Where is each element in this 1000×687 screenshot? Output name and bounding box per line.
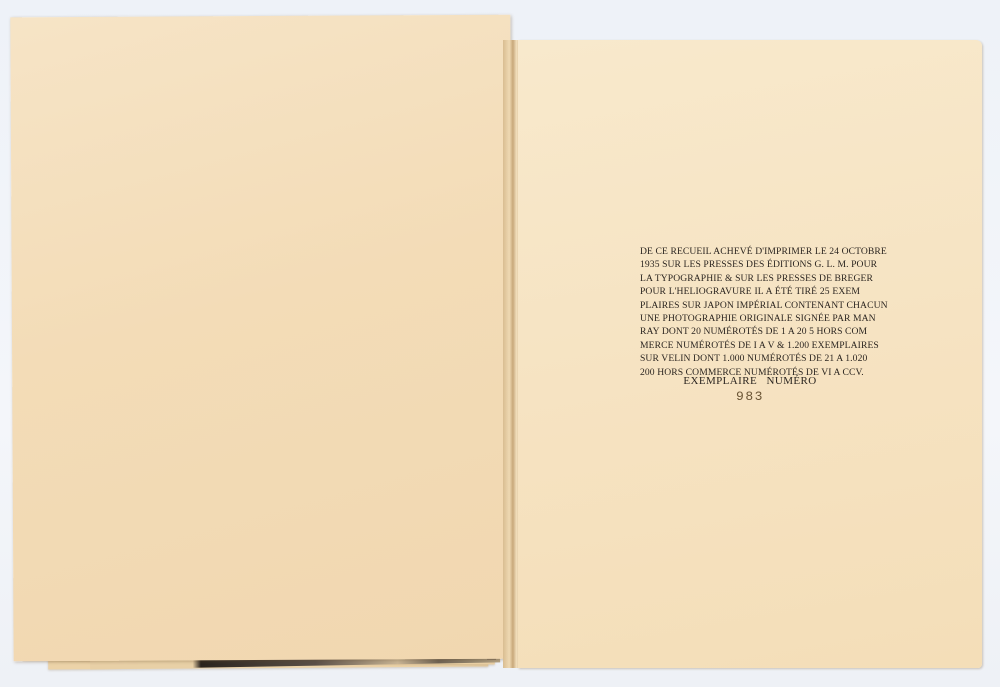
- colophon-line: SUR VELIN DONT 1.000 NUMÉROTÉS DE 21 A 1…: [640, 352, 860, 365]
- exemplaire-label: EXEMPLAIRE NUMÉRO: [640, 375, 860, 387]
- colophon-line: POUR L'HELIOGRAVURE IL A ÉTÉ TIRÉ 25 EXE…: [640, 285, 860, 298]
- colophon-line: UNE PHOTOGRAPHIE ORIGINALE SIGNÉE PAR MA…: [640, 312, 860, 325]
- exemplaire-number: 983: [640, 389, 860, 404]
- colophon-line: MERCE NUMÉROTÉS DE I A V & 1.200 EXEMPLA…: [640, 339, 860, 352]
- colophon-line: 1935 SUR LES PRESSES DES ÉDITIONS G. L. …: [640, 258, 860, 271]
- colophon-line: DE CE RECUEIL ACHEVÉ D'IMPRIMER LE 24 OC…: [640, 245, 860, 258]
- colophon-line: PLAIRES SUR JAPON IMPÉRIAL CONTENANT CHA…: [640, 299, 860, 312]
- colophon-line: RAY DONT 20 NUMÉROTÉS DE 1 A 20 5 HORS C…: [640, 325, 860, 338]
- colophon-line: LA TYPOGRAPHIE & SUR LES PRESSES DE BREG…: [640, 272, 860, 285]
- colophon-text: DE CE RECUEIL ACHEVÉ D'IMPRIMER LE 24 OC…: [640, 245, 860, 379]
- blank-left-page: [10, 15, 513, 662]
- photo-scene: DE CE RECUEIL ACHEVÉ D'IMPRIMER LE 24 OC…: [0, 0, 1000, 687]
